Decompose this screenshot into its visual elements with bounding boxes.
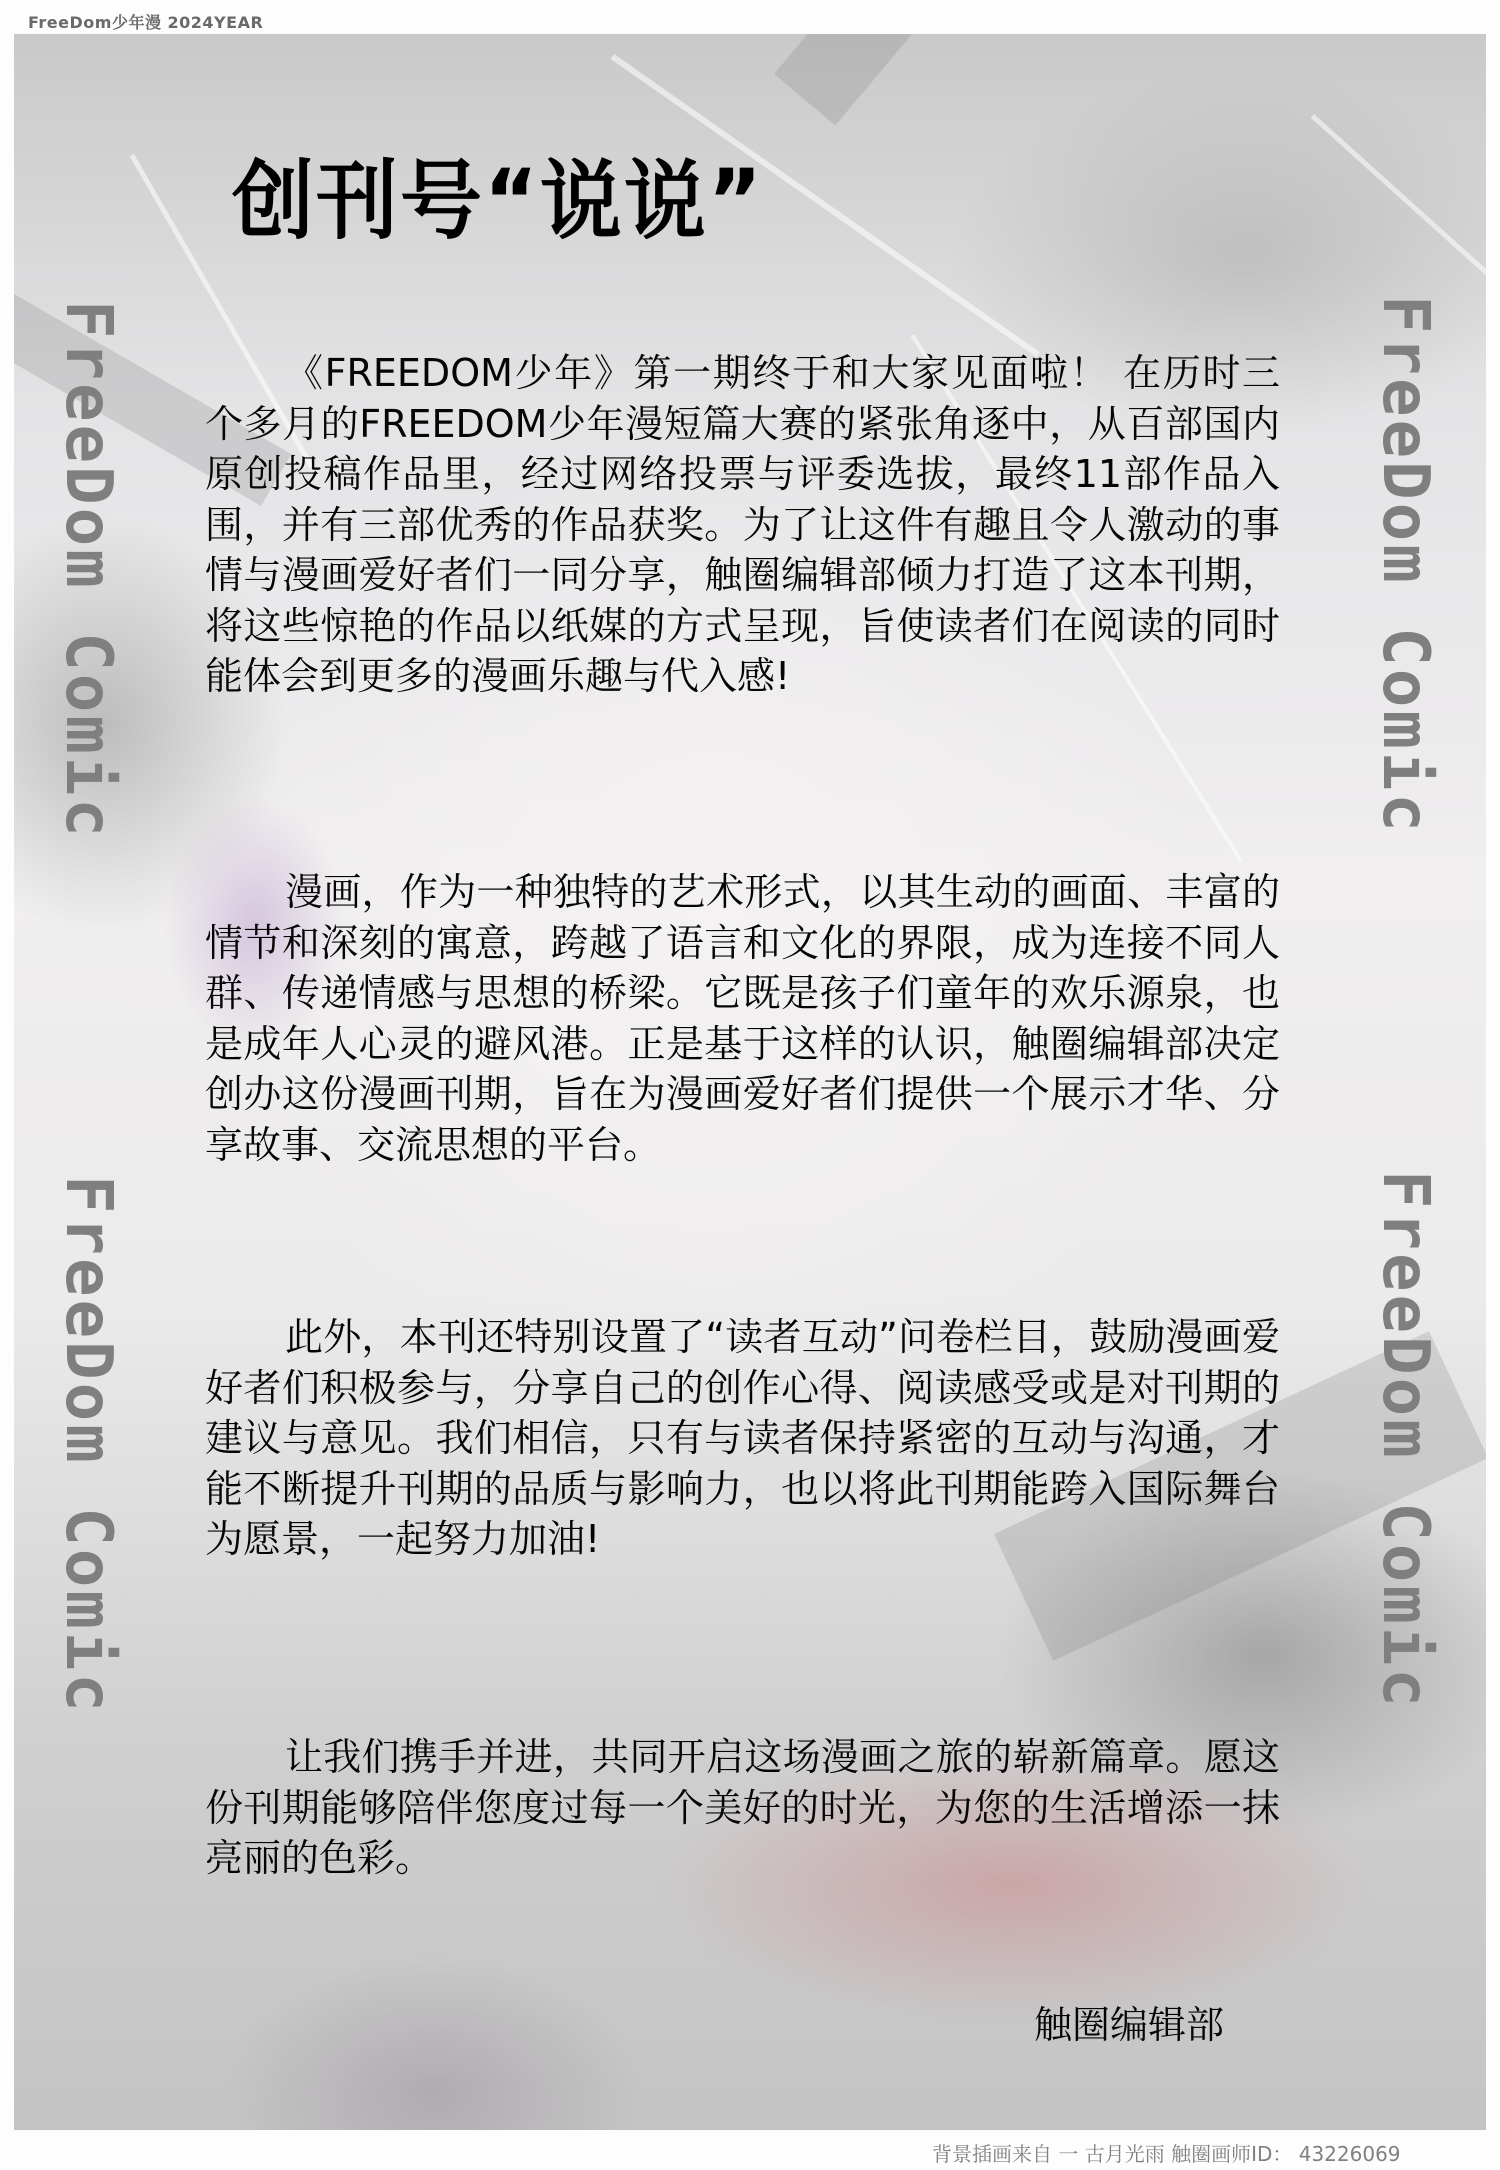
- page-title: 创刊号“说说”: [232, 133, 764, 256]
- paragraph-text: 让我们携手并进，共同开启这场漫画之旅的崭新篇章。愿这份刊期能够陪伴您度过每一个美…: [205, 1732, 1280, 1884]
- side-mark-left-top: FreeDom Comic: [58, 300, 118, 840]
- paragraph-1: 《FREEDOM少年》第一期终于和大家见面啦！ 在历时三个多月的FREEDOM少…: [205, 348, 1280, 702]
- running-head: FreeDom少年漫 2024YEAR: [28, 10, 263, 33]
- paragraph-4: 让我们携手并进，共同开启这场漫画之旅的崭新篇章。愿这份刊期能够陪伴您度过每一个美…: [205, 1732, 1280, 1884]
- side-mark-left-bottom: FreeDom Comic: [58, 1175, 118, 1715]
- paragraph-text: 此外，本刊还特别设置了“读者互动”问卷栏目，鼓励漫画爱好者们积极参与，分享自己的…: [205, 1312, 1280, 1565]
- side-mark-right-bottom: FreeDom Comic: [1375, 1170, 1435, 1710]
- light-streak: [1311, 114, 1486, 292]
- illustration-credit: 背景插画来自 一 古月光雨 触圈画师ID： 43226069: [932, 2138, 1401, 2167]
- paragraph-text: 漫画，作为一种独特的艺术形式，以其生动的画面、丰富的情节和深刻的寓意，跨越了语言…: [205, 867, 1280, 1170]
- signature: 触圈编辑部: [1034, 1994, 1224, 2049]
- hair-shadow: [774, 34, 1105, 125]
- paragraph-text: 《FREEDOM少年》第一期终于和大家见面啦！ 在历时三个多月的FREEDOM少…: [205, 348, 1280, 702]
- side-mark-right-top: FreeDom Comic: [1375, 295, 1435, 835]
- paragraph-2: 漫画，作为一种独特的艺术形式，以其生动的画面、丰富的情节和深刻的寓意，跨越了语言…: [205, 867, 1280, 1170]
- paragraph-3: 此外，本刊还特别设置了“读者互动”问卷栏目，鼓励漫画爱好者们积极参与，分享自己的…: [205, 1312, 1280, 1565]
